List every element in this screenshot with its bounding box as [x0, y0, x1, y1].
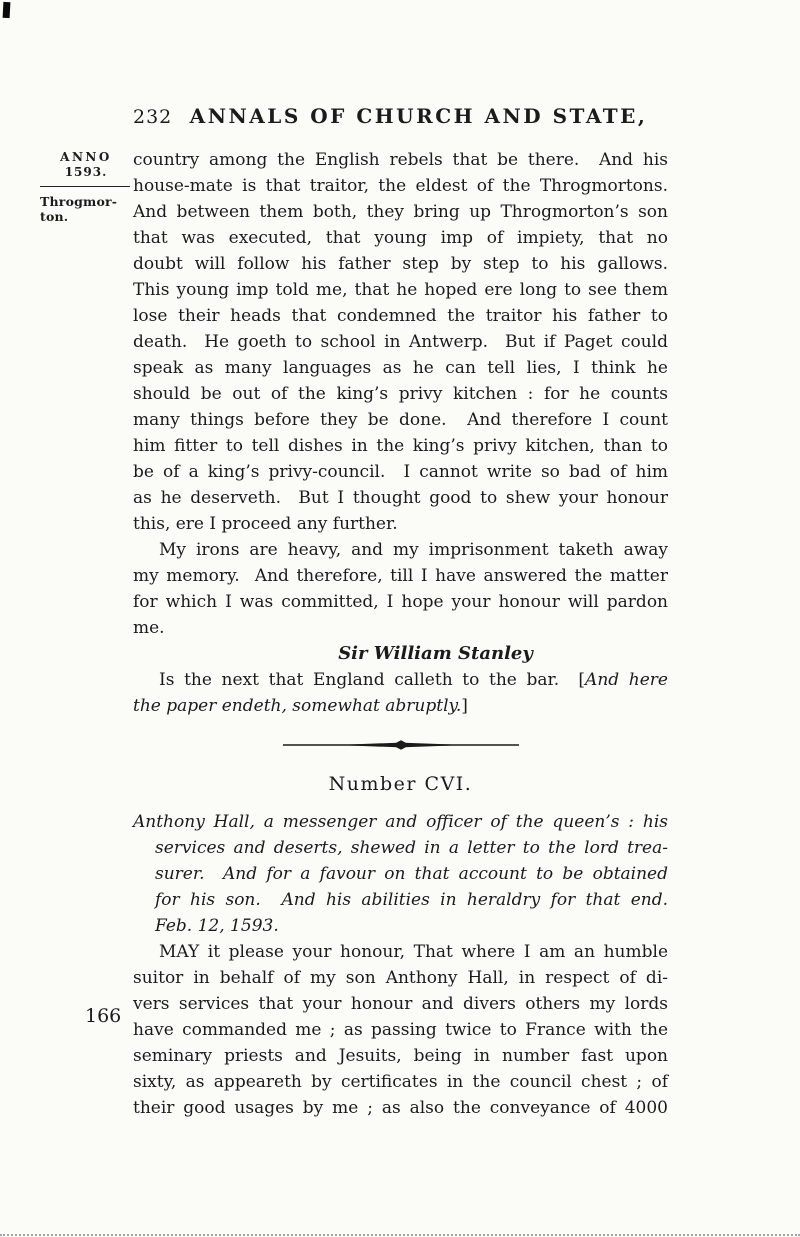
text-line: that was executed, that young imp of imp…	[133, 225, 668, 251]
text-line: sixty, as appeareth by certificates in t…	[133, 1069, 668, 1095]
text-line: Anthony Hall, a messenger and officer of…	[133, 809, 668, 835]
section-summary: Anthony Hall, a messenger and officer of…	[133, 809, 668, 939]
text-line: death. He goeth to school in Antwerp. Bu…	[133, 329, 668, 355]
page-header: 232 ANNALS OF CHURCH AND STATE,	[133, 104, 668, 132]
text-line: lose their heads that condemned the trai…	[133, 303, 668, 329]
text-line: me.	[133, 615, 668, 641]
paragraph-throgmorton: country among the English rebels that be…	[133, 147, 668, 537]
margin-rule	[40, 186, 130, 187]
divider-rule-icon	[281, 738, 521, 752]
text-line: my memory. And therefore, till I have an…	[133, 563, 668, 589]
text-line: be of a king’s privy-council. I cannot w…	[133, 459, 668, 485]
paragraph-may-it-please: MAY it please your honour, That where I …	[133, 939, 668, 1121]
paragraph-stanley: Is the next that England calleth to the …	[133, 667, 668, 719]
text-line: have commanded me ; as passing twice to …	[133, 1017, 668, 1043]
text-line: My irons are heavy, and my imprisonment …	[133, 537, 668, 563]
margin-note-throgmorton: Throgmor- ton.	[40, 194, 132, 224]
page-number: 232	[133, 106, 172, 128]
scan-artifact-mark	[3, 2, 11, 18]
text-line: Is the next that England calleth to the …	[133, 667, 668, 693]
running-title: ANNALS OF CHURCH AND STATE,	[133, 104, 668, 128]
text-line: for his son. And his abilities in herald…	[133, 887, 668, 913]
text-column: country among the English rebels that be…	[133, 147, 668, 1121]
section-divider-ornament	[133, 737, 668, 751]
text-line: MAY it please your honour, That where I …	[133, 939, 668, 965]
text-line: as he deserveth. But I thought good to s…	[133, 485, 668, 511]
sidenote-line: Throgmor-	[40, 194, 132, 209]
section-heading: Number CVI.	[133, 771, 668, 797]
text-line: This young imp told me, that he hoped er…	[133, 277, 668, 303]
margin-line-reference: 166	[85, 1005, 121, 1027]
anno-year: 1593.	[40, 165, 132, 179]
sidenote-line: ton.	[40, 209, 132, 224]
text-line: many things before they be done. And the…	[133, 407, 668, 433]
book-page-scan: 232 ANNALS OF CHURCH AND STATE, ANNO 159…	[0, 0, 800, 1237]
signature-heading: Sir William Stanley	[133, 641, 668, 667]
text-line: suitor in behalf of my son Anthony Hall,…	[133, 965, 668, 991]
text-line: Feb. 12, 1593.	[133, 913, 668, 939]
text-line: surer. And for a favour on that account …	[133, 861, 668, 887]
text-line: should be out of the king’s privy kitche…	[133, 381, 668, 407]
text-line: him fitter to tell dishes in the king’s …	[133, 433, 668, 459]
text-line: house-mate is that traitor, the eldest o…	[133, 173, 668, 199]
text-line: seminary priests and Jesuits, being in n…	[133, 1043, 668, 1069]
text-line: for which I was committed, I hope your h…	[133, 589, 668, 615]
scan-edge-line	[0, 1234, 800, 1236]
text-line: speak as many languages as he can tell l…	[133, 355, 668, 381]
anno-label: ANNO	[40, 150, 132, 164]
text-line: services and deserts, shewed in a letter…	[133, 835, 668, 861]
text-line: this, ere I proceed any further.	[133, 511, 668, 537]
text-line: vers services that your honour and diver…	[133, 991, 668, 1017]
paragraph-irons: My irons are heavy, and my imprisonment …	[133, 537, 668, 641]
margin-note-anno: ANNO 1593. Throgmor- ton.	[40, 150, 132, 224]
text-line: their good usages by me ; as also the co…	[133, 1095, 668, 1121]
text-line: And between them both, they bring up Thr…	[133, 199, 668, 225]
text-line: doubt will follow his father step by ste…	[133, 251, 668, 277]
text-line: country among the English rebels that be…	[133, 147, 668, 173]
text-line: the paper endeth, somewhat abruptly.]	[133, 693, 668, 719]
